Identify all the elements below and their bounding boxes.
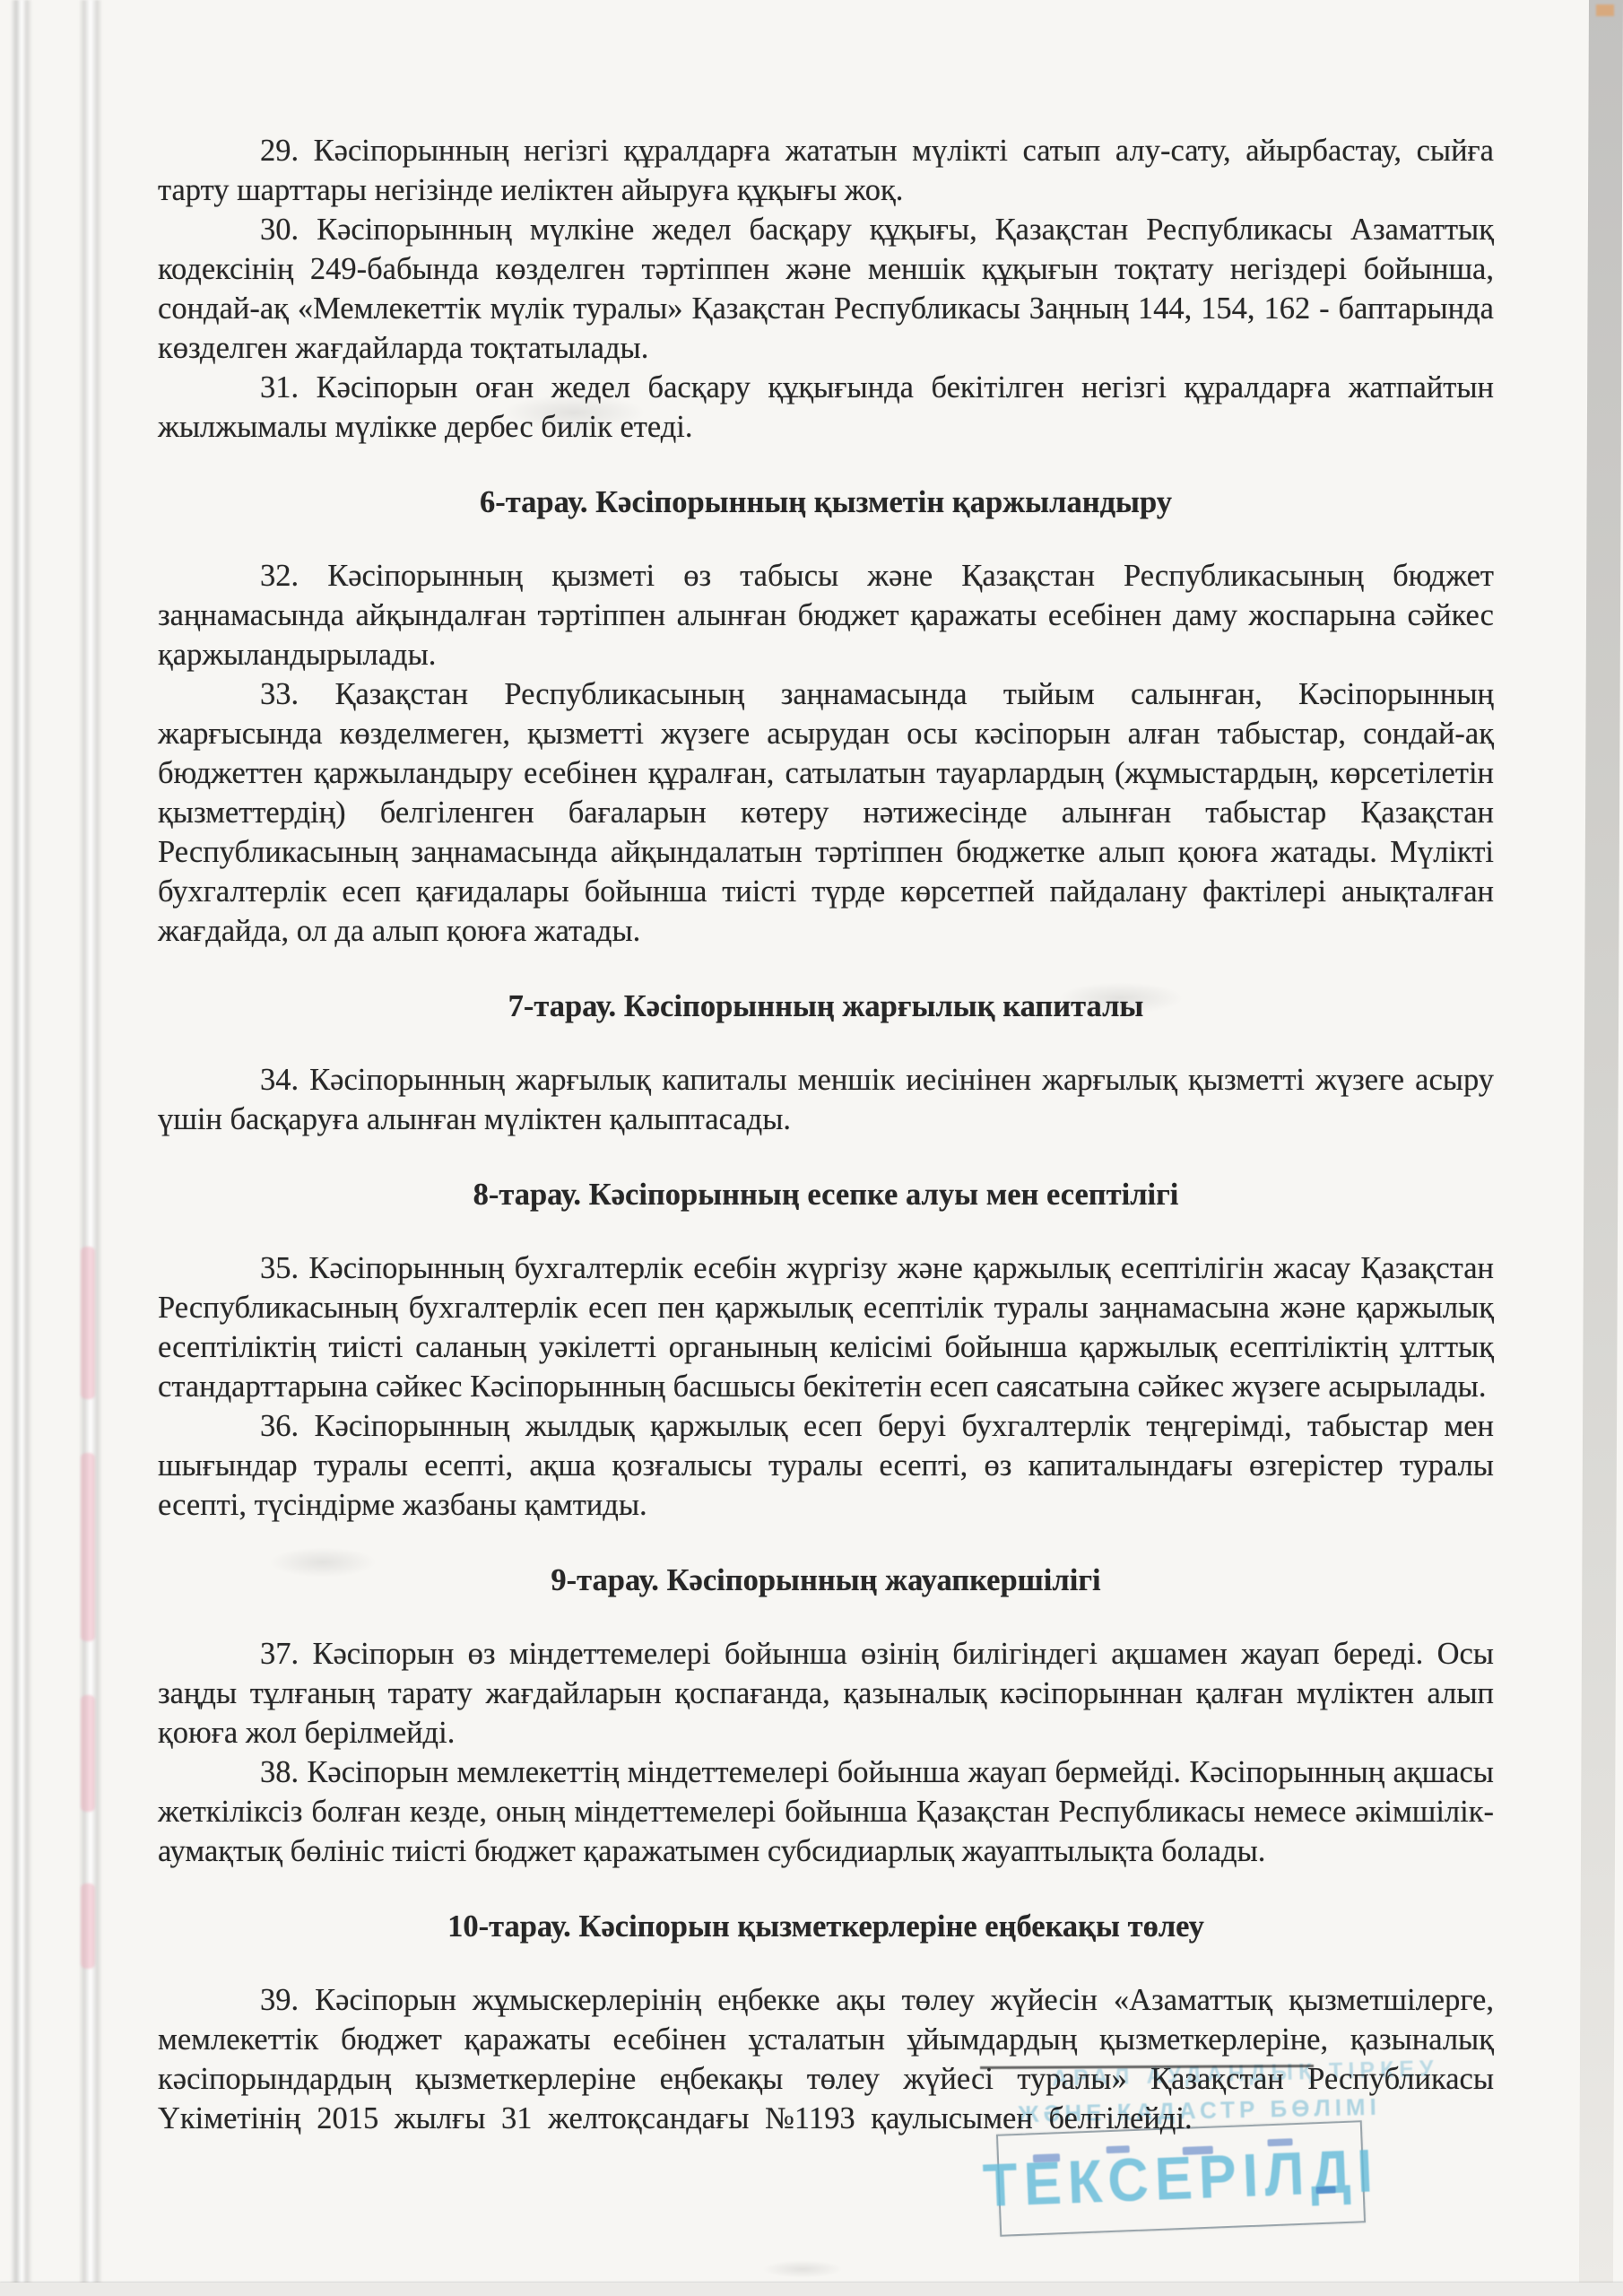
paragraph-36: 36. Кәсіпорынның жылдық қаржылық есеп бе… [158, 1406, 1494, 1525]
stamp-label: ТЕКСЕРІЛДІ [982, 2136, 1380, 2222]
stamp-speckle [1315, 2186, 1335, 2194]
chapter-8-heading: 8-тарау. Кәсіпорынның есепке алуы мен ес… [158, 1175, 1494, 1214]
paragraph-32: 32. Кәсіпорынның қызметі өз табысы және … [158, 556, 1494, 674]
scan-edge-right [1579, 0, 1623, 2296]
stamp-speckle [1267, 2138, 1292, 2146]
pink-streak [81, 1695, 95, 1812]
stamp-speckle [1107, 2145, 1130, 2153]
paragraph-34: 34. Кәсіпорынның жарғылық капиталы менші… [158, 1060, 1494, 1139]
chapter-9-heading: 9-тарау. Кәсіпорынның жауапкершілігі [158, 1561, 1494, 1600]
paragraph-38: 38. Кәсіпорын мемлекеттің міндеттемелері… [158, 1752, 1494, 1871]
paragraph-33: 33. Қазақстан Республикасының заңнамасын… [158, 674, 1494, 951]
paragraph-39: 39. Кәсіпорын жұмыскерлерінің еңбекке ақ… [158, 1980, 1494, 2138]
pink-streak [81, 1247, 95, 1399]
chapter-6-heading: 6-тарау. Кәсіпорынның қызметін қаржыланд… [158, 483, 1494, 522]
scan-corner-patch [1596, 4, 1614, 16]
chapter-7-heading: 7-тарау. Кәсіпорынның жарғылық капиталы [158, 987, 1494, 1026]
pink-streak [81, 1883, 95, 1969]
chapter-10-heading: 10-тарау. Кәсіпорын қызметкерлеріне еңбе… [158, 1907, 1494, 1946]
scan-fold-band-left [11, 0, 32, 2296]
scan-edge-bottom [0, 2283, 1623, 2296]
document-text: 29. Кәсіпорынның негізгі құралдарға жата… [158, 131, 1494, 2138]
paragraph-30: 30. Кәсіпорынның мүлкіне жедел басқару қ… [158, 210, 1494, 368]
paragraph-29: 29. Кәсіпорынның негізгі құралдарға жата… [158, 131, 1494, 210]
stamp-speckle [1033, 2153, 1060, 2162]
paragraph-31: 31. Кәсіпорын оған жедел басқару құқығын… [158, 368, 1494, 447]
stamp-speckle [1183, 2146, 1213, 2155]
paragraph-37: 37. Кәсіпорын өз міндеттемелері бойынша … [158, 1634, 1494, 1752]
pink-streak [81, 1453, 95, 1641]
paragraph-35: 35. Кәсіпорынның бухгалтерлік есебін жүр… [158, 1248, 1494, 1406]
scan-smudge [762, 2260, 843, 2278]
scanned-document-page: 29. Кәсіпорынның негізгі құралдарға жата… [0, 0, 1623, 2296]
